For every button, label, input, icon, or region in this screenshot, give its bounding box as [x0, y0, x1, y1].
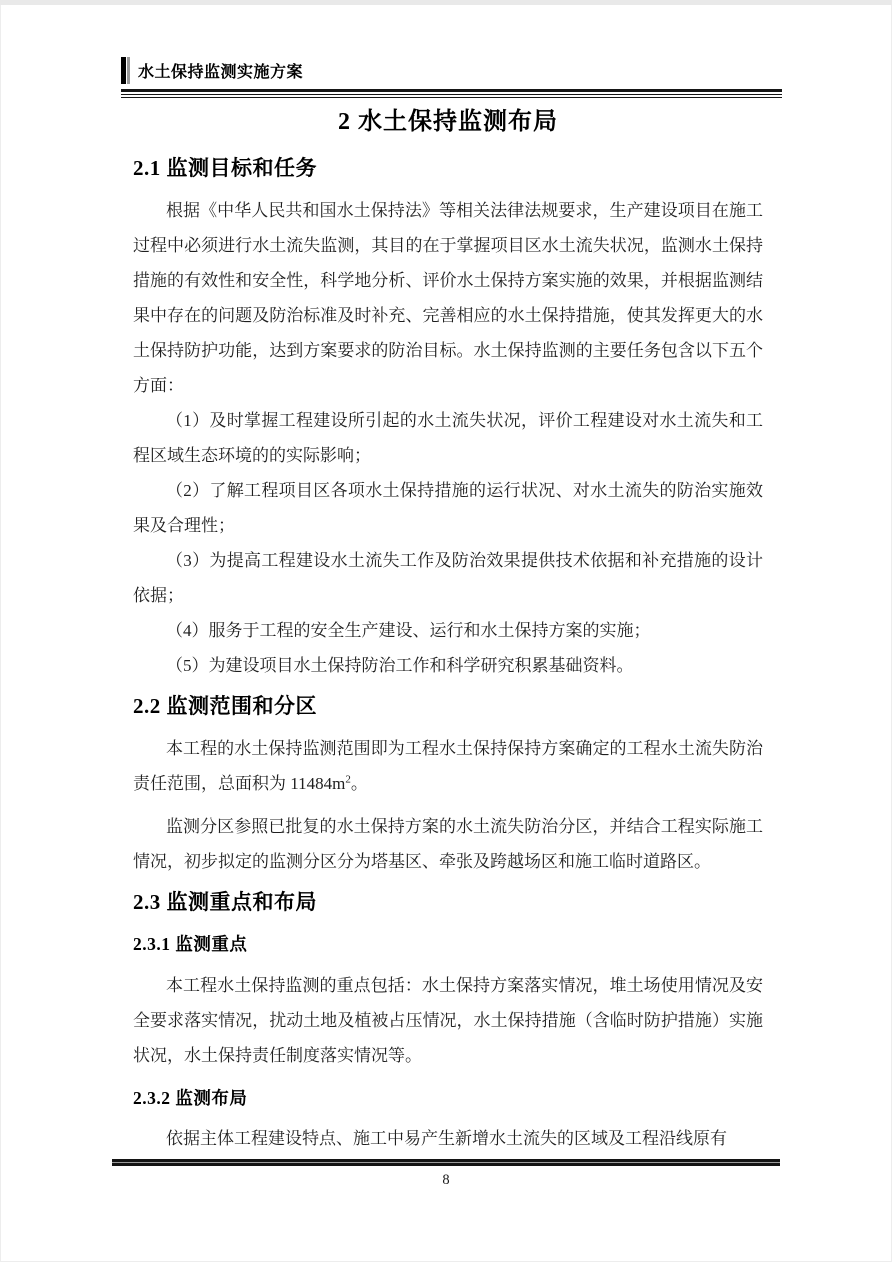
section-2-2-zoning-paragraph: 监测分区参照已批复的水土保持方案的水土流失防治分区，并结合工程实际施工情况，初步… — [133, 809, 763, 879]
section-2-2-scope-paragraph: 本工程的水土保持监测范围即为工程水土保持保持方案确定的工程水土流失防治责任范围，… — [133, 731, 763, 801]
header-rule — [121, 89, 782, 98]
document-body: 2 水土保持监测布局 2.1 监测目标和任务 根据《中华人民共和国水土保持法》等… — [133, 106, 763, 1156]
task-item-1: （1）及时掌握工程建设所引起的水土流失状况，评价工程建设对水土流失和工程区域生态… — [133, 403, 763, 473]
section-2-3-1-paragraph: 本工程水土保持监测的重点包括：水土保持方案落实情况，堆土场使用情况及安全要求落实… — [133, 968, 763, 1073]
header-accent-bar-black — [121, 57, 126, 84]
header-title: 水土保持监测实施方案 — [138, 59, 303, 82]
document-page: 水土保持监测实施方案 2 水土保持监测布局 2.1 监测目标和任务 根据《中华人… — [0, 0, 892, 1262]
section-2-3-2-heading: 2.3.2 监测布局 — [133, 1085, 763, 1111]
page-header: 水土保持监测实施方案 — [0, 0, 892, 98]
section-2-3-1-heading: 2.3.1 监测重点 — [133, 931, 763, 957]
header-rule-thin-line-2 — [121, 97, 782, 98]
section-2-1-heading: 2.1 监测目标和任务 — [133, 152, 763, 184]
footer-rule-bottom-line — [112, 1163, 780, 1166]
task-item-2: （2）了解工程项目区各项水土保持措施的运行状况、对水土流失的防治实施效果及合理性… — [133, 473, 763, 543]
section-2-3-2-paragraph: 依据主体工程建设特点、施工中易产生新增水土流失的区域及工程沿线原有 — [133, 1121, 763, 1156]
page-number: 8 — [112, 1172, 780, 1189]
header-rule-thin-line-1 — [121, 94, 782, 95]
header-rule-thick-line — [121, 89, 782, 92]
scope-text-end: 。 — [351, 774, 368, 793]
page-footer: 8 — [112, 1159, 780, 1189]
section-2-1-intro-paragraph: 根据《中华人民共和国水土保持法》等相关法律法规要求，生产建设项目在施工过程中必须… — [133, 193, 763, 403]
section-2-2-heading: 2.2 监测范围和分区 — [133, 691, 763, 721]
task-item-3: （3）为提高工程建设水土流失工作及防治效果提供技术依据和补充措施的设计依据； — [133, 543, 763, 613]
task-item-4: （4）服务于工程的安全生产建设、运行和水土保持方案的实施； — [133, 613, 763, 648]
chapter-title: 2 水土保持监测布局 — [133, 106, 763, 139]
header-row: 水土保持监测实施方案 — [121, 57, 782, 84]
header-accent-bar-gray — [127, 57, 130, 84]
scope-text: 本工程的水土保持监测范围即为工程水土保持保持方案确定的工程水土流失防治责任范围，… — [133, 739, 763, 793]
section-2-3-heading: 2.3 监测重点和布局 — [133, 887, 763, 917]
task-item-5: （5）为建设项目水土保持防治工作和科学研究积累基础资料。 — [133, 648, 763, 683]
scan-edge-artifact — [0, 0, 892, 5]
